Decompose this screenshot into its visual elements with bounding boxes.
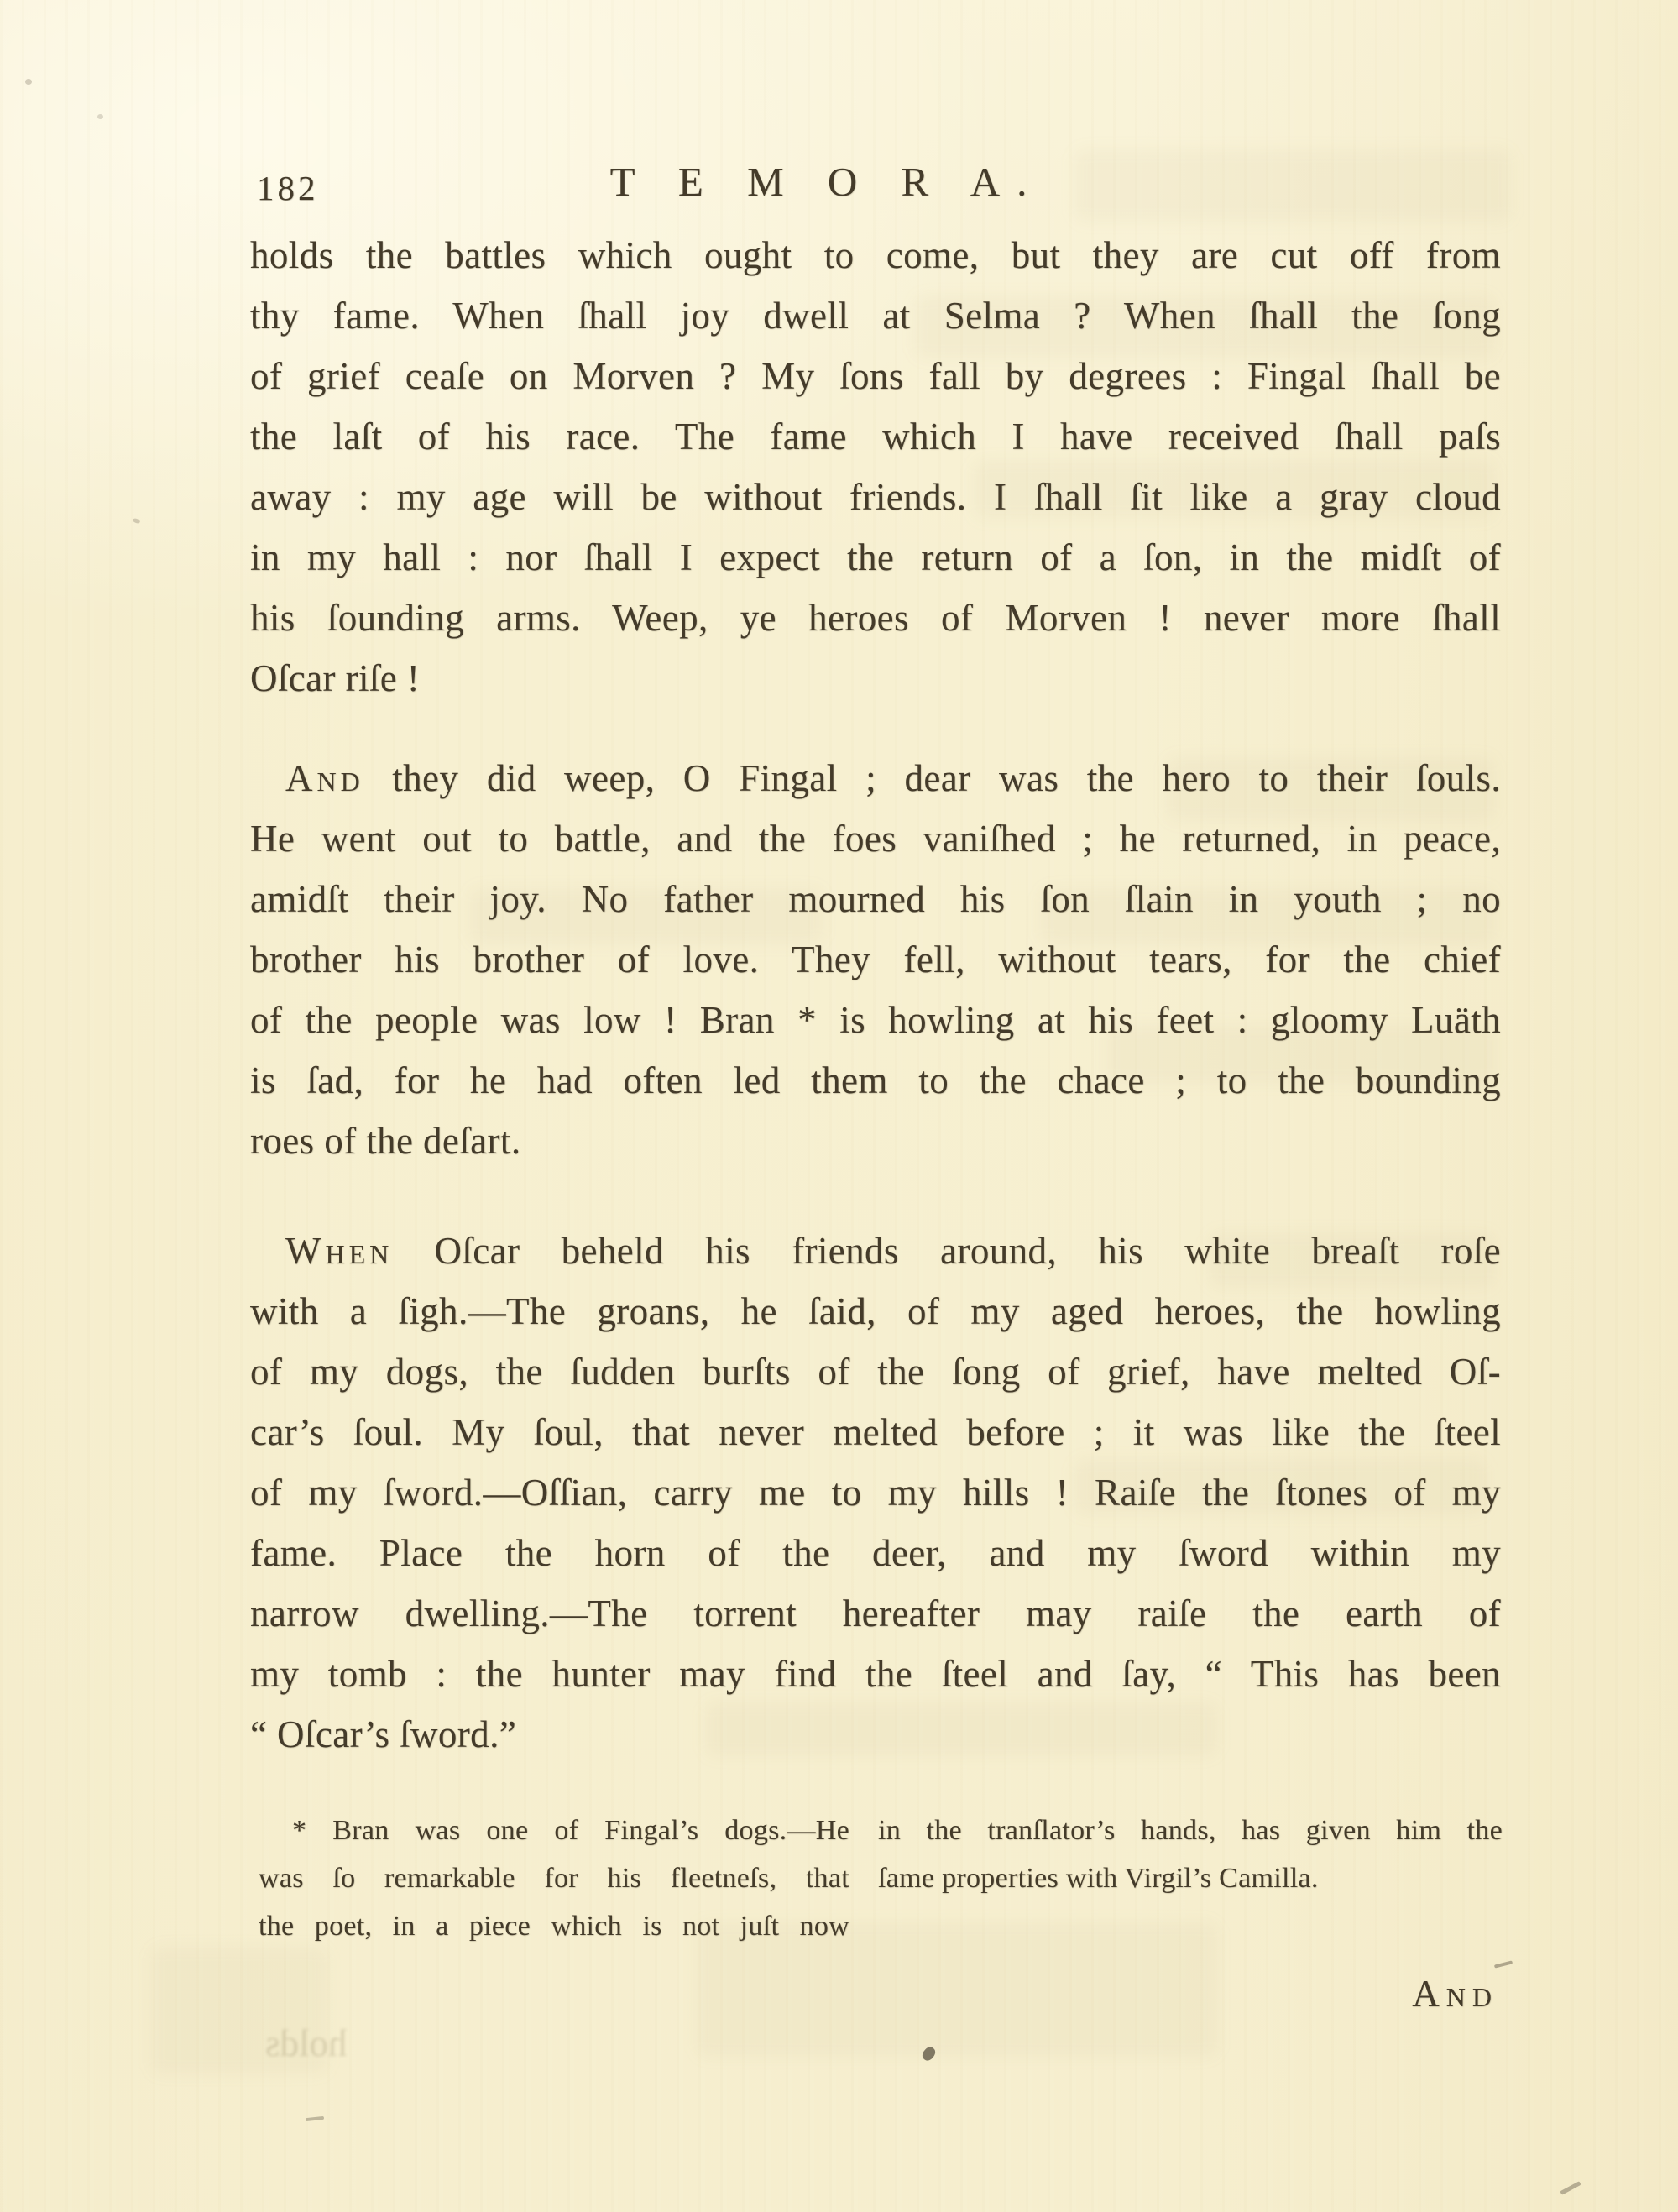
book-page-scan: holds 182 T E M O R A. holds the battles… — [0, 0, 1678, 2212]
ink-speck — [1494, 1960, 1513, 1968]
paragraph-1: holds the battles which ought to come, b… — [250, 225, 1501, 709]
text-line: is ſad, for he had often led them to the… — [250, 1050, 1501, 1111]
text-line: narrow dwelling.—The torrent hereafter m… — [250, 1583, 1501, 1644]
text-line: of my ſword.—Oſſian, carry me to my hill… — [250, 1462, 1501, 1523]
ink-speck — [132, 518, 140, 525]
footnote-line: the poet, in a piece which is not juſt n… — [259, 1902, 849, 1950]
footnote-right-column: in the tranſlator’s hands, has given him… — [878, 1807, 1503, 1902]
footnote-left-column: * Bran was one of Fingal’s dogs.—Hewas ſ… — [259, 1807, 849, 1950]
footnote-line: in the tranſlator’s hands, has given him… — [878, 1807, 1503, 1854]
text-line: “ Oſcar’s ſword.” — [250, 1704, 1501, 1765]
text-line: of the people was low ! Bran * is howlin… — [250, 990, 1501, 1050]
text-line: car’s ſoul. My ſoul, that never melted b… — [250, 1402, 1501, 1462]
text-line: He went out to battle, and the foes vani… — [250, 808, 1501, 869]
text-line: roes of the deſart. — [250, 1111, 1501, 1171]
footnote-line: * Bran was one of Fingal’s dogs.—He — [259, 1807, 849, 1854]
bleed-through-word: holds — [265, 2021, 348, 2065]
ink-speck — [97, 114, 103, 119]
ink-speck — [1560, 2181, 1581, 2195]
text-line: of my dogs, the ſudden burſts of the ſon… — [250, 1341, 1501, 1402]
text-line: brother his brother of love. They fell, … — [250, 929, 1501, 990]
text-line: with a ſigh.—The groans, he ſaid, of my … — [250, 1281, 1501, 1341]
paragraph-3: When Oſcar beheld his friends around, hi… — [250, 1221, 1501, 1765]
text-line: When Oſcar beheld his friends around, hi… — [250, 1221, 1501, 1281]
text-line: his ſounding arms. Weep, ye heroes of Mo… — [250, 588, 1501, 648]
text-line: of grief ceaſe on Morven ? My ſons fall … — [250, 346, 1501, 406]
ink-speck — [25, 79, 32, 85]
paragraph-2: And they did weep, O Fingal ; dear was t… — [250, 748, 1501, 1171]
text-line: my tomb : the hunter may find the ſteel … — [250, 1644, 1501, 1704]
running-title: T E M O R A. — [201, 158, 1452, 207]
bleed-through-smudge — [151, 1948, 327, 2073]
small-caps-lead: And — [285, 757, 364, 799]
catchword: And — [1412, 1969, 1498, 2019]
text-line: And they did weep, O Fingal ; dear was t… — [250, 748, 1501, 808]
body-text: holds the battles which ought to come, b… — [250, 225, 1501, 1765]
ink-speck — [920, 2045, 938, 2063]
text-line: Oſcar riſe ! — [250, 648, 1501, 709]
text-line: amidſt their joy. No father mourned his … — [250, 869, 1501, 929]
text-line: thy fame. When ſhall joy dwell at Selma … — [250, 285, 1501, 346]
text-line: away : my age will be without friends. I… — [250, 467, 1501, 527]
footnote-line: was ſo remarkable for his fleetneſs, tha… — [259, 1854, 849, 1902]
text-line: fame. Place the horn of the deer, and my… — [250, 1523, 1501, 1583]
ink-speck — [306, 2116, 324, 2121]
text-line: the laſt of his race. The fame which I h… — [250, 406, 1501, 467]
catchword-text: And — [1412, 1973, 1498, 2015]
small-caps-lead: When — [285, 1230, 393, 1272]
footnote-line: ſame properties with Virgil’s Camilla. — [878, 1854, 1503, 1902]
text-line: in my hall : nor ſhall I expect the retu… — [250, 527, 1501, 588]
text-line: holds the battles which ought to come, b… — [250, 225, 1501, 285]
